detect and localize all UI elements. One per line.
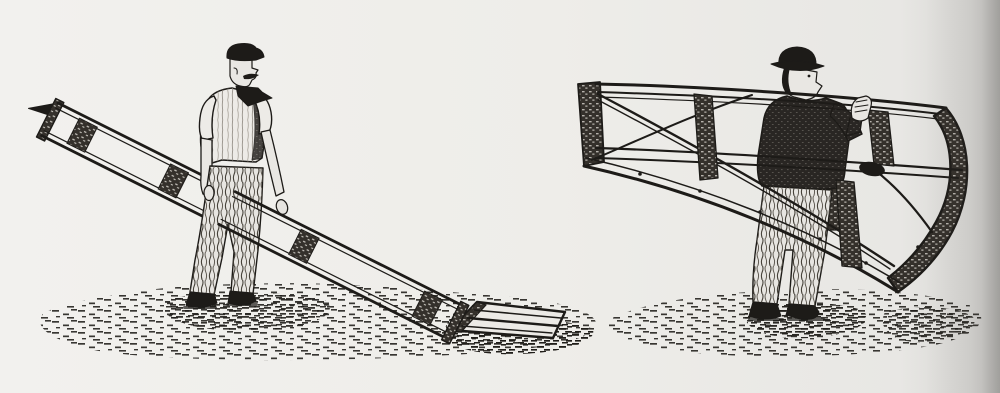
- boot-shadow: [226, 303, 258, 306]
- right-boot: [228, 291, 256, 305]
- boot-shadow: [748, 318, 784, 321]
- eye: [808, 75, 811, 78]
- boot-shadow: [183, 306, 217, 309]
- boot-shadow: [787, 318, 825, 321]
- engraving-illustration: [0, 0, 1000, 393]
- left-hand: [204, 186, 214, 201]
- left-boot: [186, 292, 217, 307]
- left-boot: [749, 302, 781, 319]
- page-edge-shading: [925, 0, 1000, 393]
- engraving-scene: [0, 0, 1000, 393]
